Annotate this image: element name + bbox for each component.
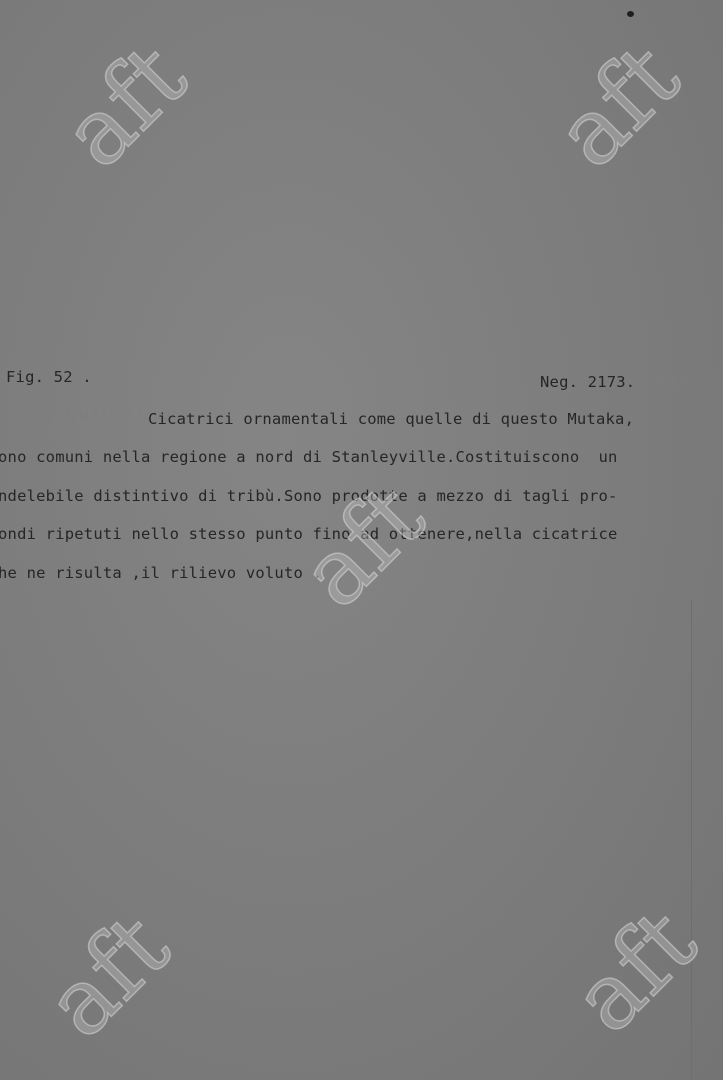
ink-speck xyxy=(627,11,634,17)
document-page: appunti illustrativi Fig. 52 Fig. 52 . N… xyxy=(0,0,723,1080)
watermark-logo: aft xyxy=(541,29,695,183)
figure-label: Fig. 52 . xyxy=(6,368,92,386)
negative-number: Neg. 2173. xyxy=(540,373,635,391)
watermark-logo: aft xyxy=(31,899,185,1053)
fold-line xyxy=(691,600,692,1080)
watermark-logo: aft xyxy=(558,894,712,1048)
body-line: he ne risulta ,il rilievo voluto . xyxy=(0,564,322,582)
body-line: ono comuni nella regione a nord di Stanl… xyxy=(0,448,618,466)
body-line: ndelebile distintivo di tribù.Sono prodo… xyxy=(0,487,618,505)
body-line: Cicatrici ornamentali come quelle di que… xyxy=(148,410,634,428)
watermark-logo: aft xyxy=(48,29,202,183)
